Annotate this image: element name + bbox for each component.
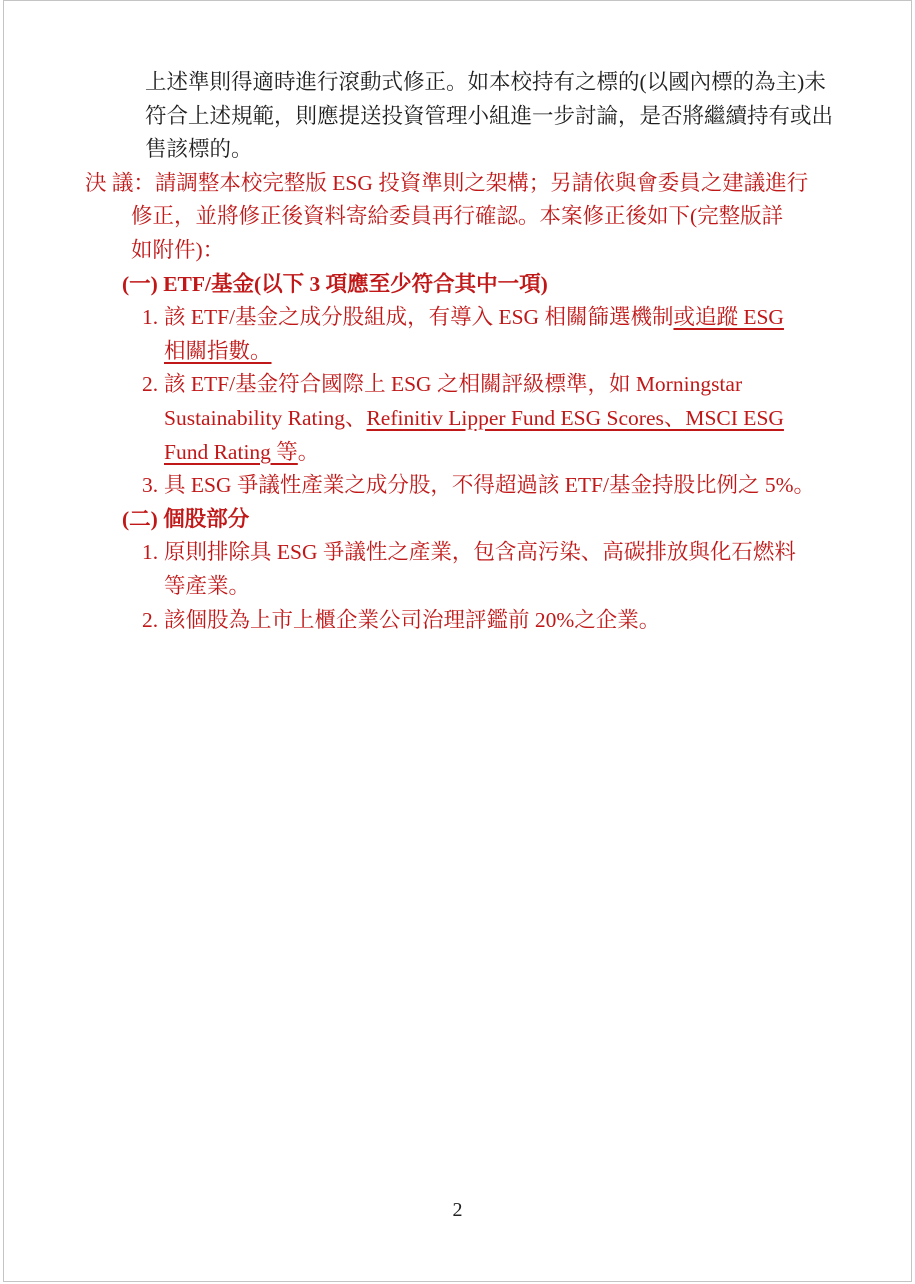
resolution-text-2: 修正，並將修正後資料寄給委員再行確認。本案修正後如下(完整版詳 <box>131 204 783 228</box>
section2-item1-number: 1. <box>142 536 158 570</box>
resolution-line-1: 決 議：請調整本校完整版 ESG 投資準則之架構；另請依與會委員之建議進行 <box>0 167 915 201</box>
section2-item1-line-2: 等產業。 <box>0 570 915 604</box>
section1-item2-text-3: 。 <box>298 440 320 464</box>
document-page: 上述準則得適時進行滾動式修正。如本校持有之標的(以國內標的為主)未 符合上述規範… <box>0 0 915 1284</box>
resolution-line-2: 修正，並將修正後資料寄給委員再行確認。本案修正後如下(完整版詳 <box>0 200 915 234</box>
resolution-line-3: 如附件)： <box>0 234 915 268</box>
section1-item1-line-1: 1.該 ETF/基金之成分股組成，有導入 ESG 相關篩選機制或追蹤 ESG <box>0 301 915 335</box>
section2-item2-line-1: 2.該個股為上市上櫃企業公司治理評鑑前 20%之企業。 <box>0 604 915 638</box>
section2-item1-line-1: 1.原則排除具 ESG 爭議性之產業，包含高污染、高碳排放與化石燃料 <box>0 536 915 570</box>
section1-item1-text: 該 ETF/基金之成分股組成，有導入 ESG 相關篩選機制 <box>164 305 673 329</box>
intro-text-2: 符合上述規範，則應提送投資管理小組進一步討論，是否將繼續持有或出 <box>145 104 833 128</box>
section2-heading-text: (二) 個股部分 <box>122 507 249 531</box>
section1-item1-underlined-text-2: 相關指數。 <box>164 339 288 363</box>
section2-item1-text-1: 原則排除具 ESG 爭議性之產業，包含高污染、高碳排放與化石燃料 <box>164 540 796 564</box>
section1-item2-text-2: Sustainability Rating、 <box>164 406 366 430</box>
section1-heading: (一) ETF/基金(以下 3 項應至少符合其中一項) <box>0 268 915 302</box>
section1-item2-number: 2. <box>142 368 158 402</box>
section2-item2-text: 該個股為上市上櫃企業公司治理評鑑前 20%之企業。 <box>164 608 660 632</box>
section1-heading-text: (一) ETF/基金(以下 3 項應至少符合其中一項) <box>122 272 548 296</box>
section2-heading: (二) 個股部分 <box>0 503 915 537</box>
page-number: 2 <box>0 1198 915 1222</box>
section1-item2-underlined-text-2: Fund Rating 等 <box>164 440 298 464</box>
intro-paragraph-line-3: 售該標的。 <box>0 133 915 167</box>
section2-item2-number: 2. <box>142 604 158 638</box>
section1-item3-line-1: 3.具 ESG 爭議性產業之成分股，不得超過該 ETF/基金持股比例之 5%。 <box>0 469 915 503</box>
section1-item2-underlined-text-1: Refinitiv Lipper Fund ESG Scores、MSCI ES… <box>366 406 783 430</box>
section1-item1-line-2: 相關指數。 <box>0 335 915 369</box>
resolution-text-3: 如附件)： <box>131 238 224 262</box>
resolution-label: 決 議： <box>85 171 155 195</box>
section1-item1-underlined-text: 或追蹤 ESG <box>673 305 784 329</box>
intro-text-1: 上述準則得適時進行滾動式修正。如本校持有之標的(以國內標的為主)未 <box>145 70 826 94</box>
section1-item3-text: 具 ESG 爭議性產業之成分股，不得超過該 ETF/基金持股比例之 5%。 <box>164 473 815 497</box>
resolution-text-1: 請調整本校完整版 ESG 投資準則之架構；另請依與會委員之建議進行 <box>155 171 808 195</box>
section1-item2-line-3: Fund Rating 等。 <box>0 436 915 470</box>
section1-item2-line-2: Sustainability Rating、Refinitiv Lipper F… <box>0 402 915 436</box>
intro-paragraph-line-1: 上述準則得適時進行滾動式修正。如本校持有之標的(以國內標的為主)未 <box>0 66 915 100</box>
section1-item3-number: 3. <box>142 469 158 503</box>
section2-item1-text-2: 等產業。 <box>164 574 250 598</box>
section1-item2-line-1: 2.該 ETF/基金符合國際上 ESG 之相關評級標準，如 Morningsta… <box>0 368 915 402</box>
document-body: 上述準則得適時進行滾動式修正。如本校持有之標的(以國內標的為主)未 符合上述規範… <box>0 66 915 637</box>
intro-paragraph-line-2: 符合上述規範，則應提送投資管理小組進一步討論，是否將繼續持有或出 <box>0 100 915 134</box>
intro-text-3: 售該標的。 <box>145 137 253 161</box>
section1-item2-text-1: 該 ETF/基金符合國際上 ESG 之相關評級標準，如 Morningstar <box>164 372 742 396</box>
section1-item1-number: 1. <box>142 301 158 335</box>
